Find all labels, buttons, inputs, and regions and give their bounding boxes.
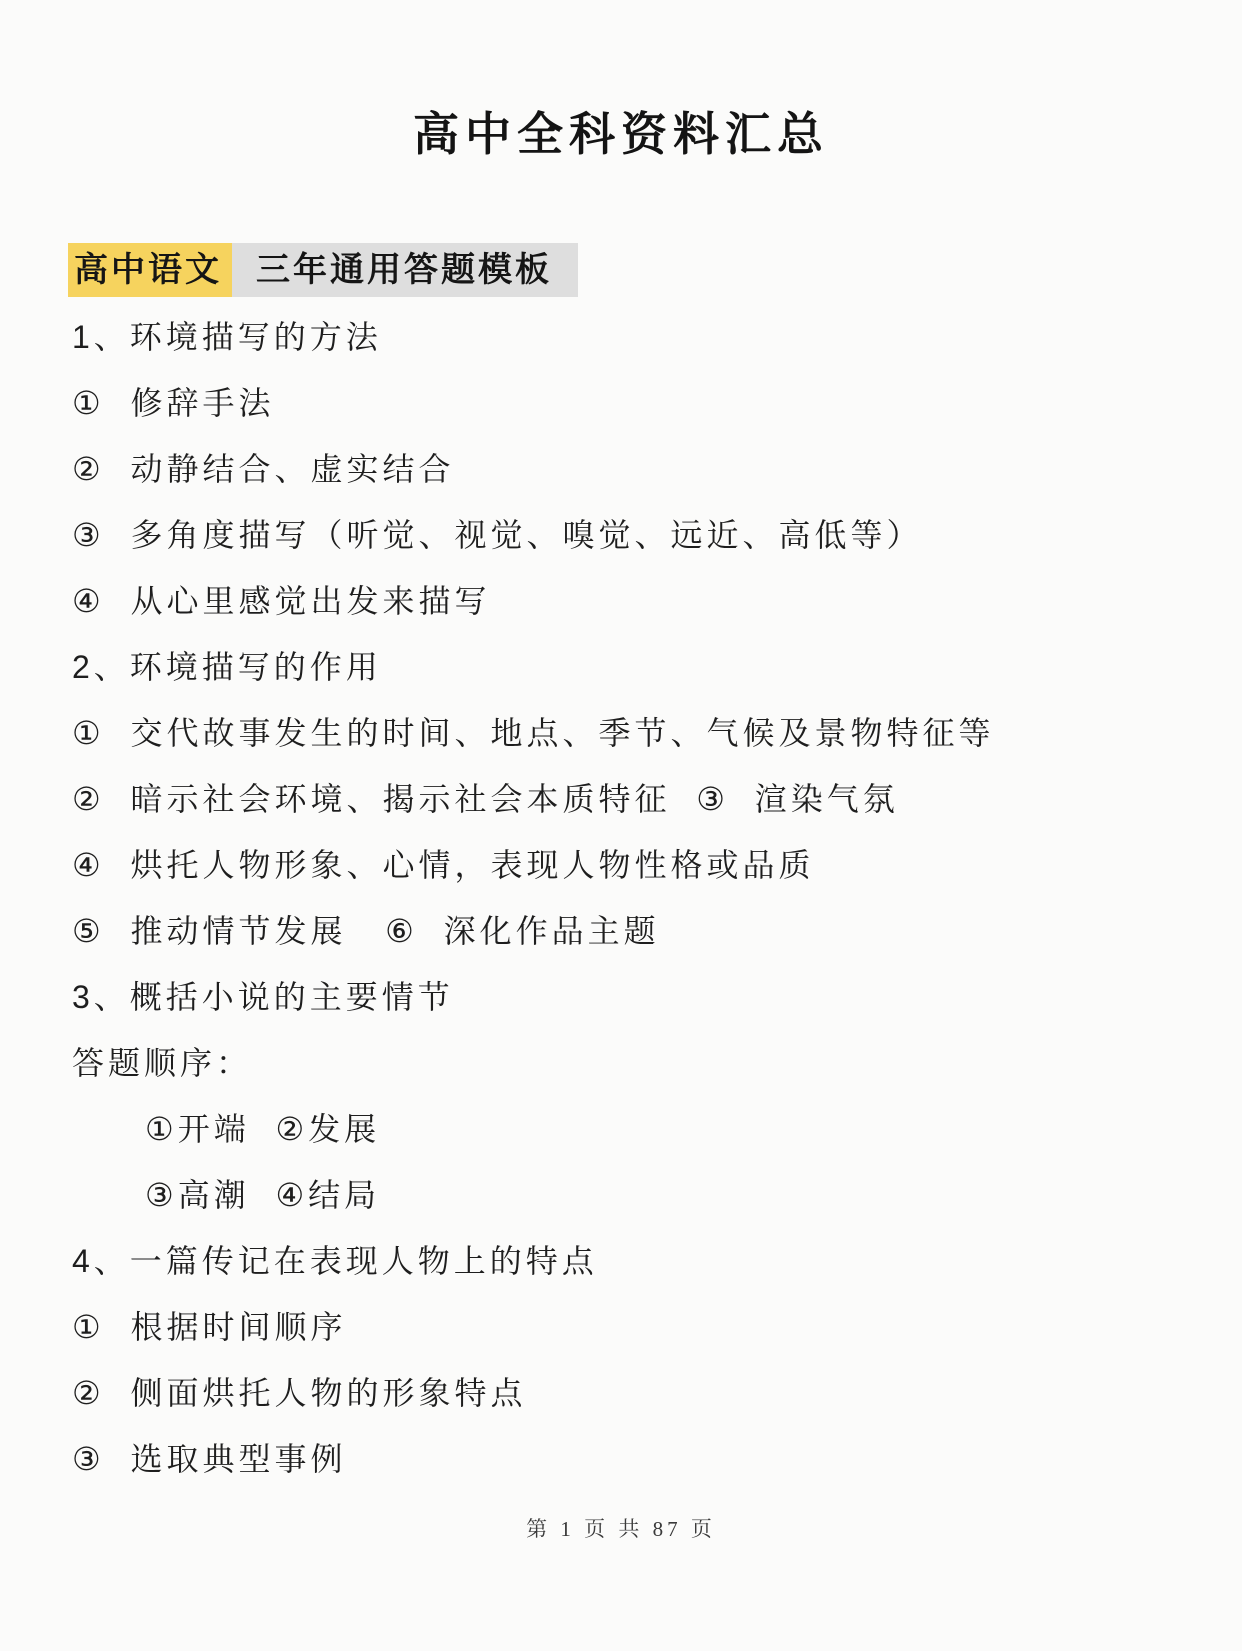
list-line: 1、环境描写的方法 [72, 304, 1202, 370]
list-line: 4、一篇传记在表现人物上的特点 [72, 1228, 1202, 1294]
list-line: ③高潮 ④结局 [72, 1162, 1202, 1228]
list-line: 2、环境描写的作用 [72, 634, 1202, 700]
list-line: ② 侧面烘托人物的形象特点 [72, 1360, 1202, 1426]
list-line: ② 暗示社会环境、揭示社会本质特征 ③ 渲染气氛 [72, 766, 1202, 832]
list-line: 3、概括小说的主要情节 [72, 964, 1202, 1030]
list-line: 答题顺序： [72, 1030, 1202, 1096]
list-line: ① 根据时间顺序 [72, 1294, 1202, 1360]
document-page: 高中全科资料汇总 高中语文三年通用答题模板 1、环境描写的方法① 修辞手法② 动… [0, 0, 1242, 1651]
list-line: ① 修辞手法 [72, 370, 1202, 436]
list-line: ④ 烘托人物形象、心情，表现人物性格或品质 [72, 832, 1202, 898]
page-number-footer: 第 1 页 共 87 页 [0, 1513, 1242, 1543]
list-line: ③ 多角度描写（听觉、视觉、嗅觉、远近、高低等） [72, 502, 1202, 568]
list-line: ① 交代故事发生的时间、地点、季节、气候及景物特征等 [72, 700, 1202, 766]
list-line: ③ 选取典型事例 [72, 1426, 1202, 1492]
list-line: ①开端 ②发展 [72, 1096, 1202, 1162]
section-subtitle-highlight: 三年通用答题模板 [232, 243, 578, 297]
list-line: ④ 从心里感觉出发来描写 [72, 568, 1202, 634]
page-title: 高中全科资料汇总 [0, 98, 1242, 164]
section-tag-highlight: 高中语文 [68, 243, 232, 297]
section-heading: 高中语文三年通用答题模板 [68, 243, 578, 297]
list-line: ⑤ 推动情节发展 ⑥ 深化作品主题 [72, 898, 1202, 964]
list-line: ② 动静结合、虚实结合 [72, 436, 1202, 502]
body-list: 1、环境描写的方法① 修辞手法② 动静结合、虚实结合③ 多角度描写（听觉、视觉、… [72, 304, 1202, 1492]
